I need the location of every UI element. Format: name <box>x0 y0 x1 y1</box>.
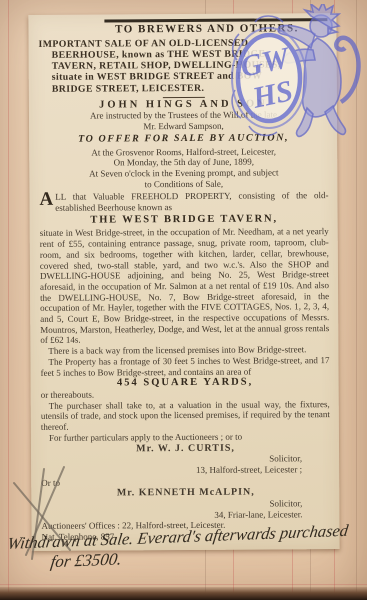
lead-paragraph: ALL that Valuable FREEHOLD PROPERTY, con… <box>39 190 328 213</box>
valuation-paragraph: The purchaser shall take to, at a valuat… <box>41 399 330 433</box>
tavern-name: THE WEST BRIDGE TAVERN, <box>40 214 329 226</box>
drop-cap: A <box>39 192 55 208</box>
monogram-oval: GW HS <box>232 28 306 128</box>
page-bottom-edge <box>0 587 367 600</box>
lead-text: LL that Valuable FREEHOLD PROPERTY, cons… <box>55 190 328 212</box>
property-description: situate in West Bridge-street, in the oc… <box>40 227 330 346</box>
ledger-line <box>0 584 367 585</box>
gwhs-stamp: GW HS <box>229 4 367 144</box>
divider-rule <box>162 97 204 98</box>
particulars-paragraph: For further particulars apply to the Auc… <box>41 431 330 443</box>
sale-time-line: to Conditions of Sale, <box>39 178 328 190</box>
scrapbook-page: 103 TO BREWERS AND OTHERS. IMPORTANT SAL… <box>0 0 367 600</box>
frontage-paragraph: The Property has a frontage of 30 feet 5… <box>40 355 329 378</box>
